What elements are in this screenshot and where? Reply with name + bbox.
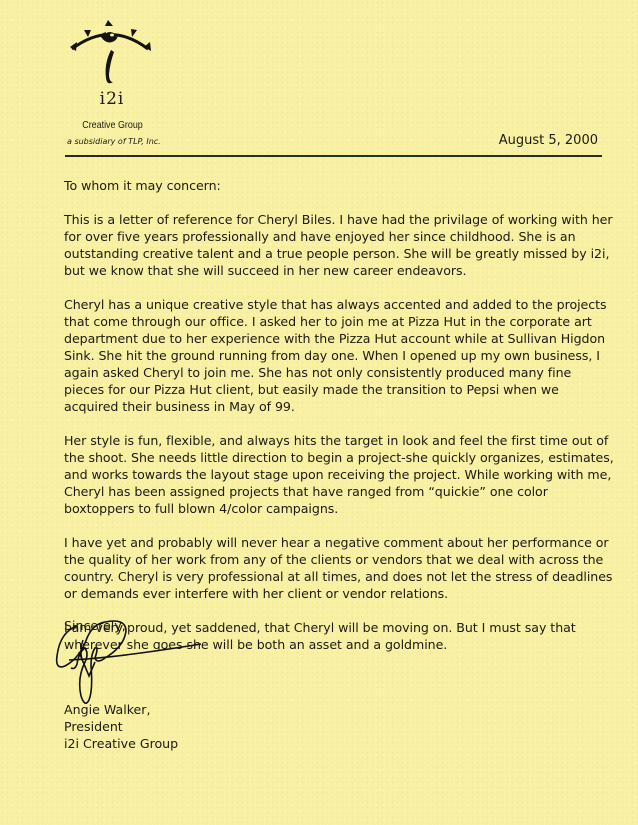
paragraph-4: I have yet and probably will never hear … [64, 534, 614, 602]
paragraph-2: Cheryl has a unique creative style that … [64, 296, 614, 415]
signer-name: Angie Walker, [64, 701, 178, 718]
eye-sun-logo-icon [68, 20, 152, 88]
salutation: To whom it may concern: [64, 177, 614, 194]
letter-body: To whom it may concern: This is a letter… [64, 177, 614, 670]
signer-title: President [64, 718, 178, 735]
paragraph-1: This is a letter of reference for Cheryl… [64, 211, 614, 279]
subsidiary-line: a subsidiary of TLP, Inc. [50, 137, 187, 146]
signer-company: i2i Creative Group [64, 735, 178, 752]
paragraph-3: Her style is fun, flexible, and always h… [64, 432, 614, 517]
signature-block: Angie Walker, President i2i Creative Gro… [64, 701, 178, 752]
brand-mark: i2i [92, 90, 132, 108]
letterhead: i2i Creative Group a subsidiary of TLP, … [50, 0, 180, 150]
letter-date: August 5, 2000 [499, 133, 598, 148]
brand-name: Creative Group [82, 119, 142, 131]
header-divider [65, 155, 602, 157]
